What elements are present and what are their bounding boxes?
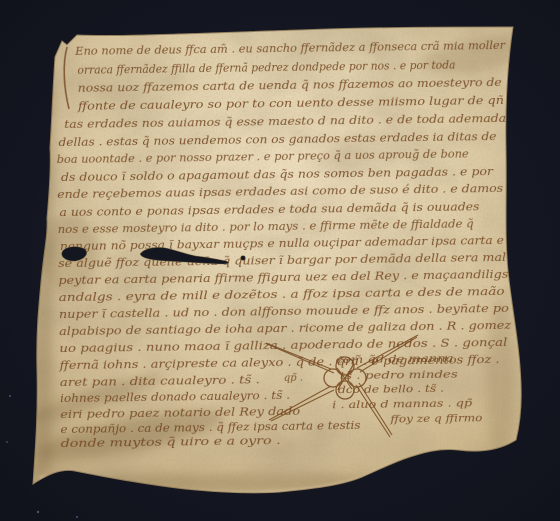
manuscript-photo: Eno nome de deus ffca am̃ . eu sancho ff… [0,0,560,521]
photo-canvas: Eno nome de deus ffca am̃ . eu sancho ff… [0,0,560,521]
margin-mark: qp̃ . [284,373,303,384]
witness-line-4: i . aluo d mannas . qp̃ [332,398,473,411]
parchment-hole [241,256,246,261]
witness-line-5: ffoy ze q ffirmo [389,413,482,425]
parchment-sheet: Eno nome de deus ffca am̃ . eu sancho ff… [20,15,542,510]
witness-line-2: ts̃ . pedro mindes [340,370,458,383]
